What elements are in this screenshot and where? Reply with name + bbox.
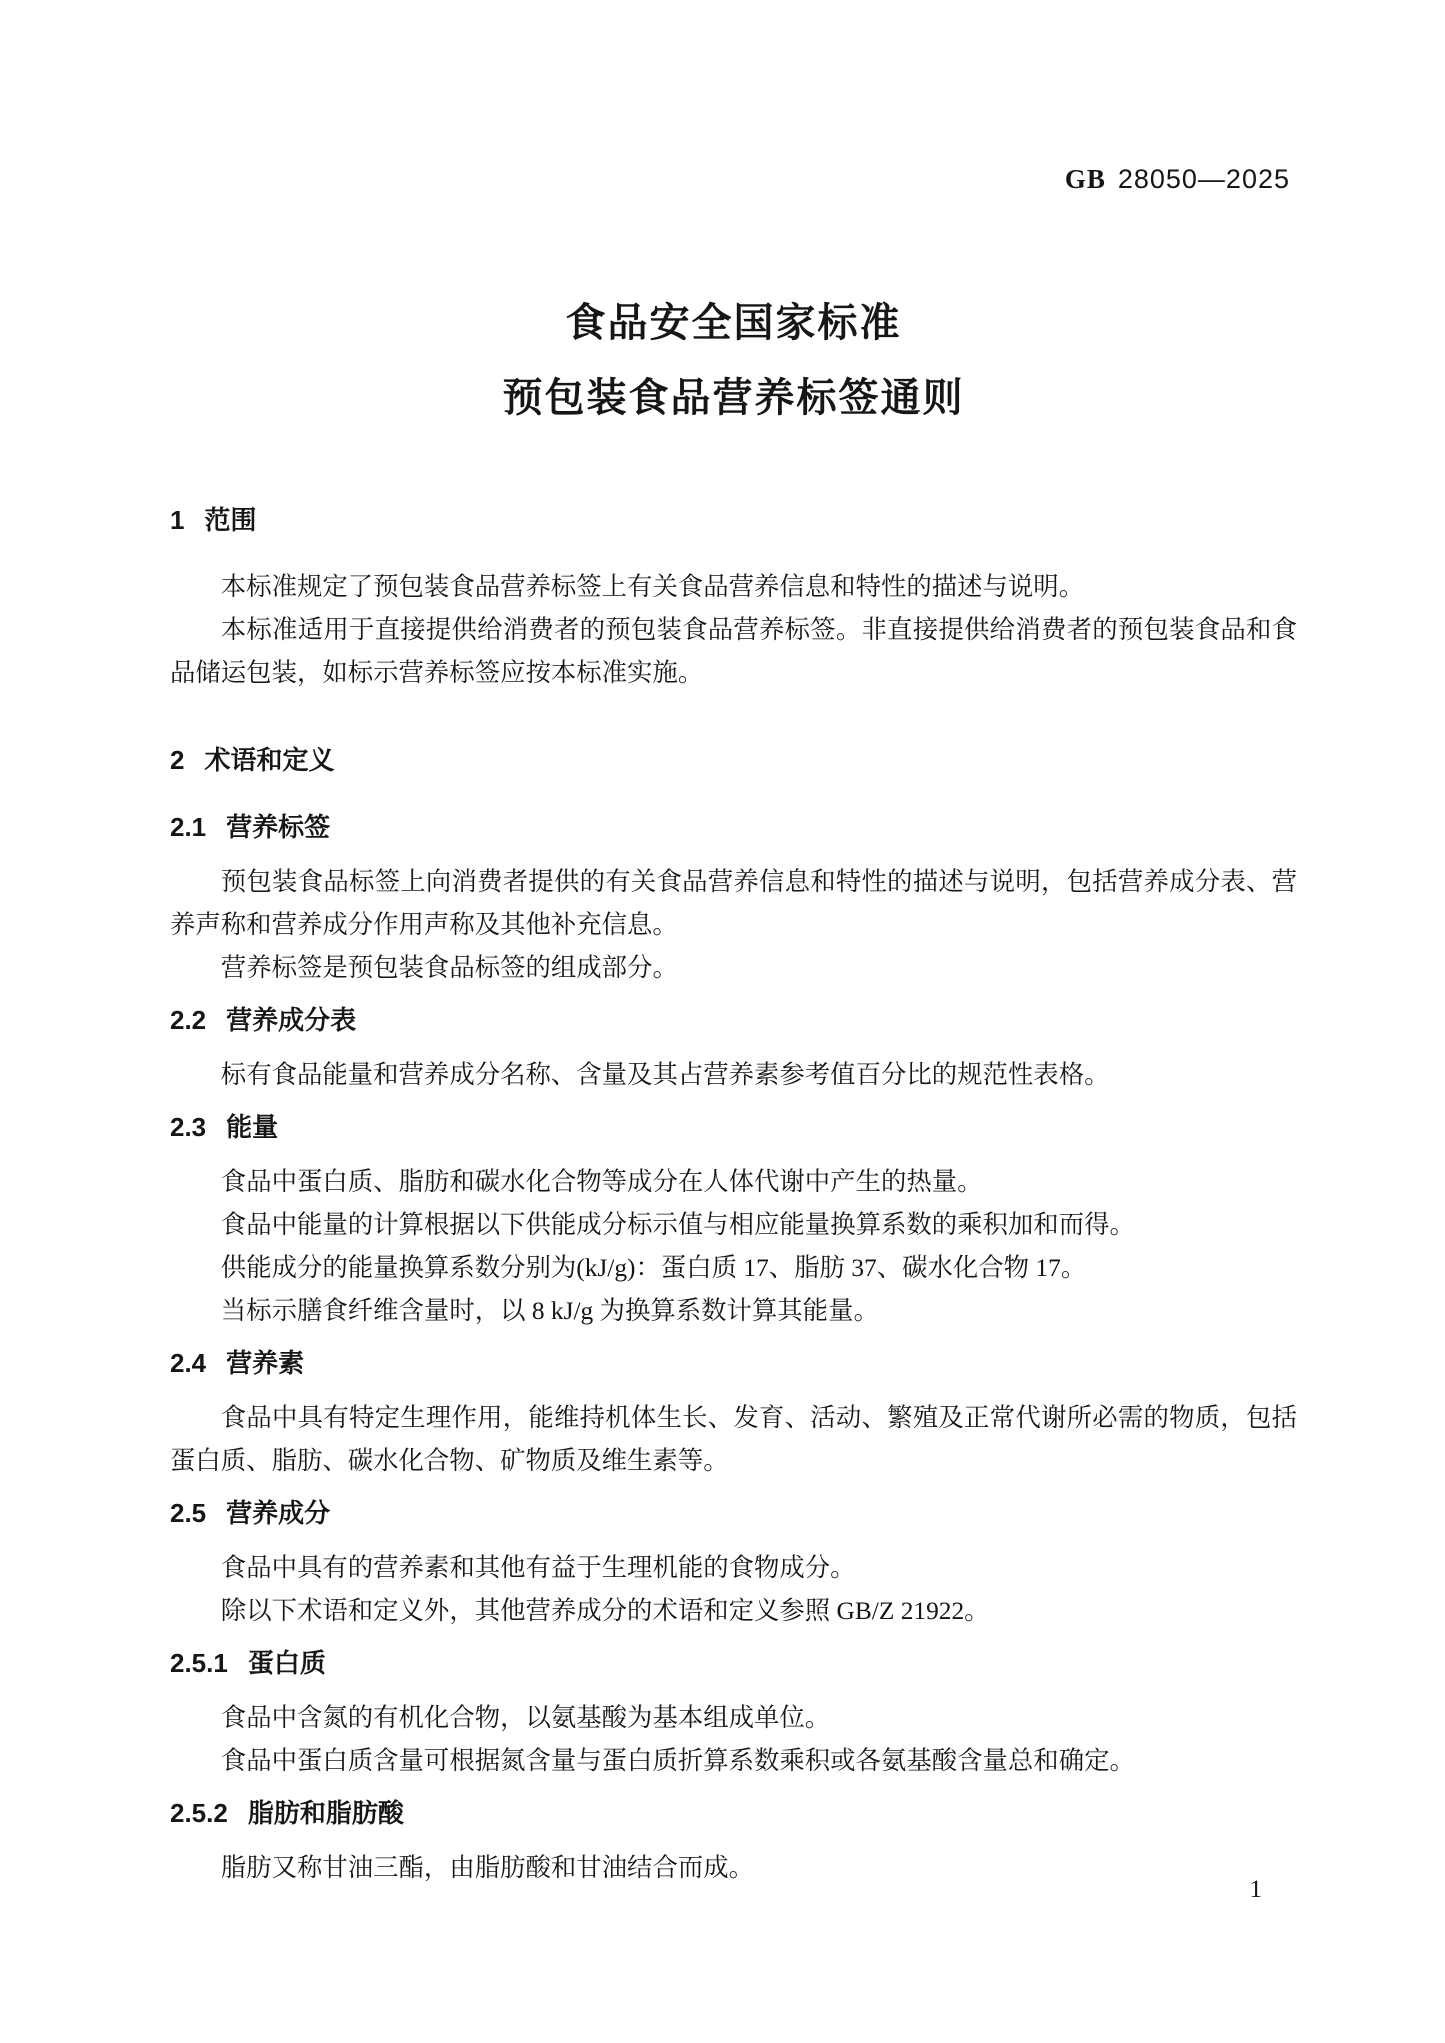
standard-code-number: 28050—2025	[1118, 164, 1290, 194]
section-heading-2-2: 2.2营养成分表	[170, 999, 1297, 1042]
section-number: 2.5	[170, 1498, 206, 1528]
paragraph: 脂肪又称甘油三酯，由脂肪酸和甘油结合而成。	[170, 1847, 1297, 1890]
section-number: 2.4	[170, 1348, 206, 1378]
paragraph: 食品中具有的营养素和其他有益于生理机能的食物成分。	[170, 1547, 1297, 1590]
document-page: GB28050—2025 食品安全国家标准 预包装食品营养标签通则 1范围本标准…	[0, 0, 1445, 2043]
section-heading-2-5: 2.5营养成分	[170, 1492, 1297, 1535]
section-heading-2: 2术语和定义	[170, 739, 1297, 782]
paragraph: 营养标签是预包装食品标签的组成部分。	[170, 947, 1297, 990]
section-title: 蛋白质	[248, 1648, 326, 1678]
paragraph: 本标准规定了预包装食品营养标签上有关食品营养信息和特性的描述与说明。	[170, 566, 1297, 609]
paragraph: 食品中含氮的有机化合物，以氨基酸为基本组成单位。	[170, 1697, 1297, 1740]
section-number: 2.5.1	[170, 1648, 228, 1678]
section-heading-2-4: 2.4营养素	[170, 1342, 1297, 1385]
section-heading-1: 1范围	[170, 499, 1297, 542]
standard-code-prefix: GB	[1065, 164, 1106, 194]
section-title: 营养素	[226, 1348, 304, 1378]
section-number: 2.5.2	[170, 1798, 228, 1828]
paragraph: 供能成分的能量换算系数分别为(kJ/g)：蛋白质 17、脂肪 37、碳水化合物 …	[170, 1247, 1297, 1290]
section-number: 2.3	[170, 1112, 206, 1142]
section-title: 营养成分	[226, 1498, 330, 1528]
section-title: 范围	[204, 505, 256, 535]
section-title: 脂肪和脂肪酸	[248, 1798, 404, 1828]
page-number: 1	[1250, 1876, 1263, 1904]
section-title: 术语和定义	[204, 745, 334, 775]
paragraph: 预包装食品标签上向消费者提供的有关食品营养信息和特性的描述与说明，包括营养成分表…	[170, 861, 1297, 947]
document-title-line1: 食品安全国家标准	[170, 297, 1297, 349]
section-heading-2-5-2: 2.5.2脂肪和脂肪酸	[170, 1792, 1297, 1835]
paragraph: 食品中具有特定生理作用，能维持机体生长、发育、活动、繁殖及正常代谢所必需的物质，…	[170, 1397, 1297, 1483]
paragraph: 食品中蛋白质、脂肪和碳水化合物等成分在人体代谢中产生的热量。	[170, 1161, 1297, 1204]
section-heading-2-5-1: 2.5.1蛋白质	[170, 1642, 1297, 1685]
paragraph: 当标示膳食纤维含量时，以 8 kJ/g 为换算系数计算其能量。	[170, 1290, 1297, 1333]
section-heading-2-3: 2.3能量	[170, 1106, 1297, 1149]
section-heading-2-1: 2.1营养标签	[170, 806, 1297, 849]
section-number: 2.1	[170, 812, 206, 842]
section-title: 能量	[226, 1112, 278, 1142]
paragraph: 食品中蛋白质含量可根据氮含量与蛋白质折算系数乘积或各氨基酸含量总和确定。	[170, 1740, 1297, 1783]
section-number: 1	[170, 505, 184, 535]
paragraph: 标有食品能量和营养成分名称、含量及其占营养素参考值百分比的规范性表格。	[170, 1054, 1297, 1097]
section-number: 2.2	[170, 1005, 206, 1035]
document-title-line2: 预包装食品营养标签通则	[170, 372, 1297, 424]
section-title: 营养成分表	[226, 1005, 356, 1035]
section-number: 2	[170, 745, 184, 775]
standard-code: GB28050—2025	[1065, 163, 1290, 195]
paragraph: 本标准适用于直接提供给消费者的预包装食品营养标签。非直接提供给消费者的预包装食品…	[170, 609, 1297, 695]
document-body: 1范围本标准规定了预包装食品营养标签上有关食品营养信息和特性的描述与说明。本标准…	[170, 455, 1297, 1890]
paragraph: 食品中能量的计算根据以下供能成分标示值与相应能量换算系数的乘积加和而得。	[170, 1204, 1297, 1247]
paragraph: 除以下术语和定义外，其他营养成分的术语和定义参照 GB/Z 21922。	[170, 1590, 1297, 1633]
section-title: 营养标签	[226, 812, 330, 842]
